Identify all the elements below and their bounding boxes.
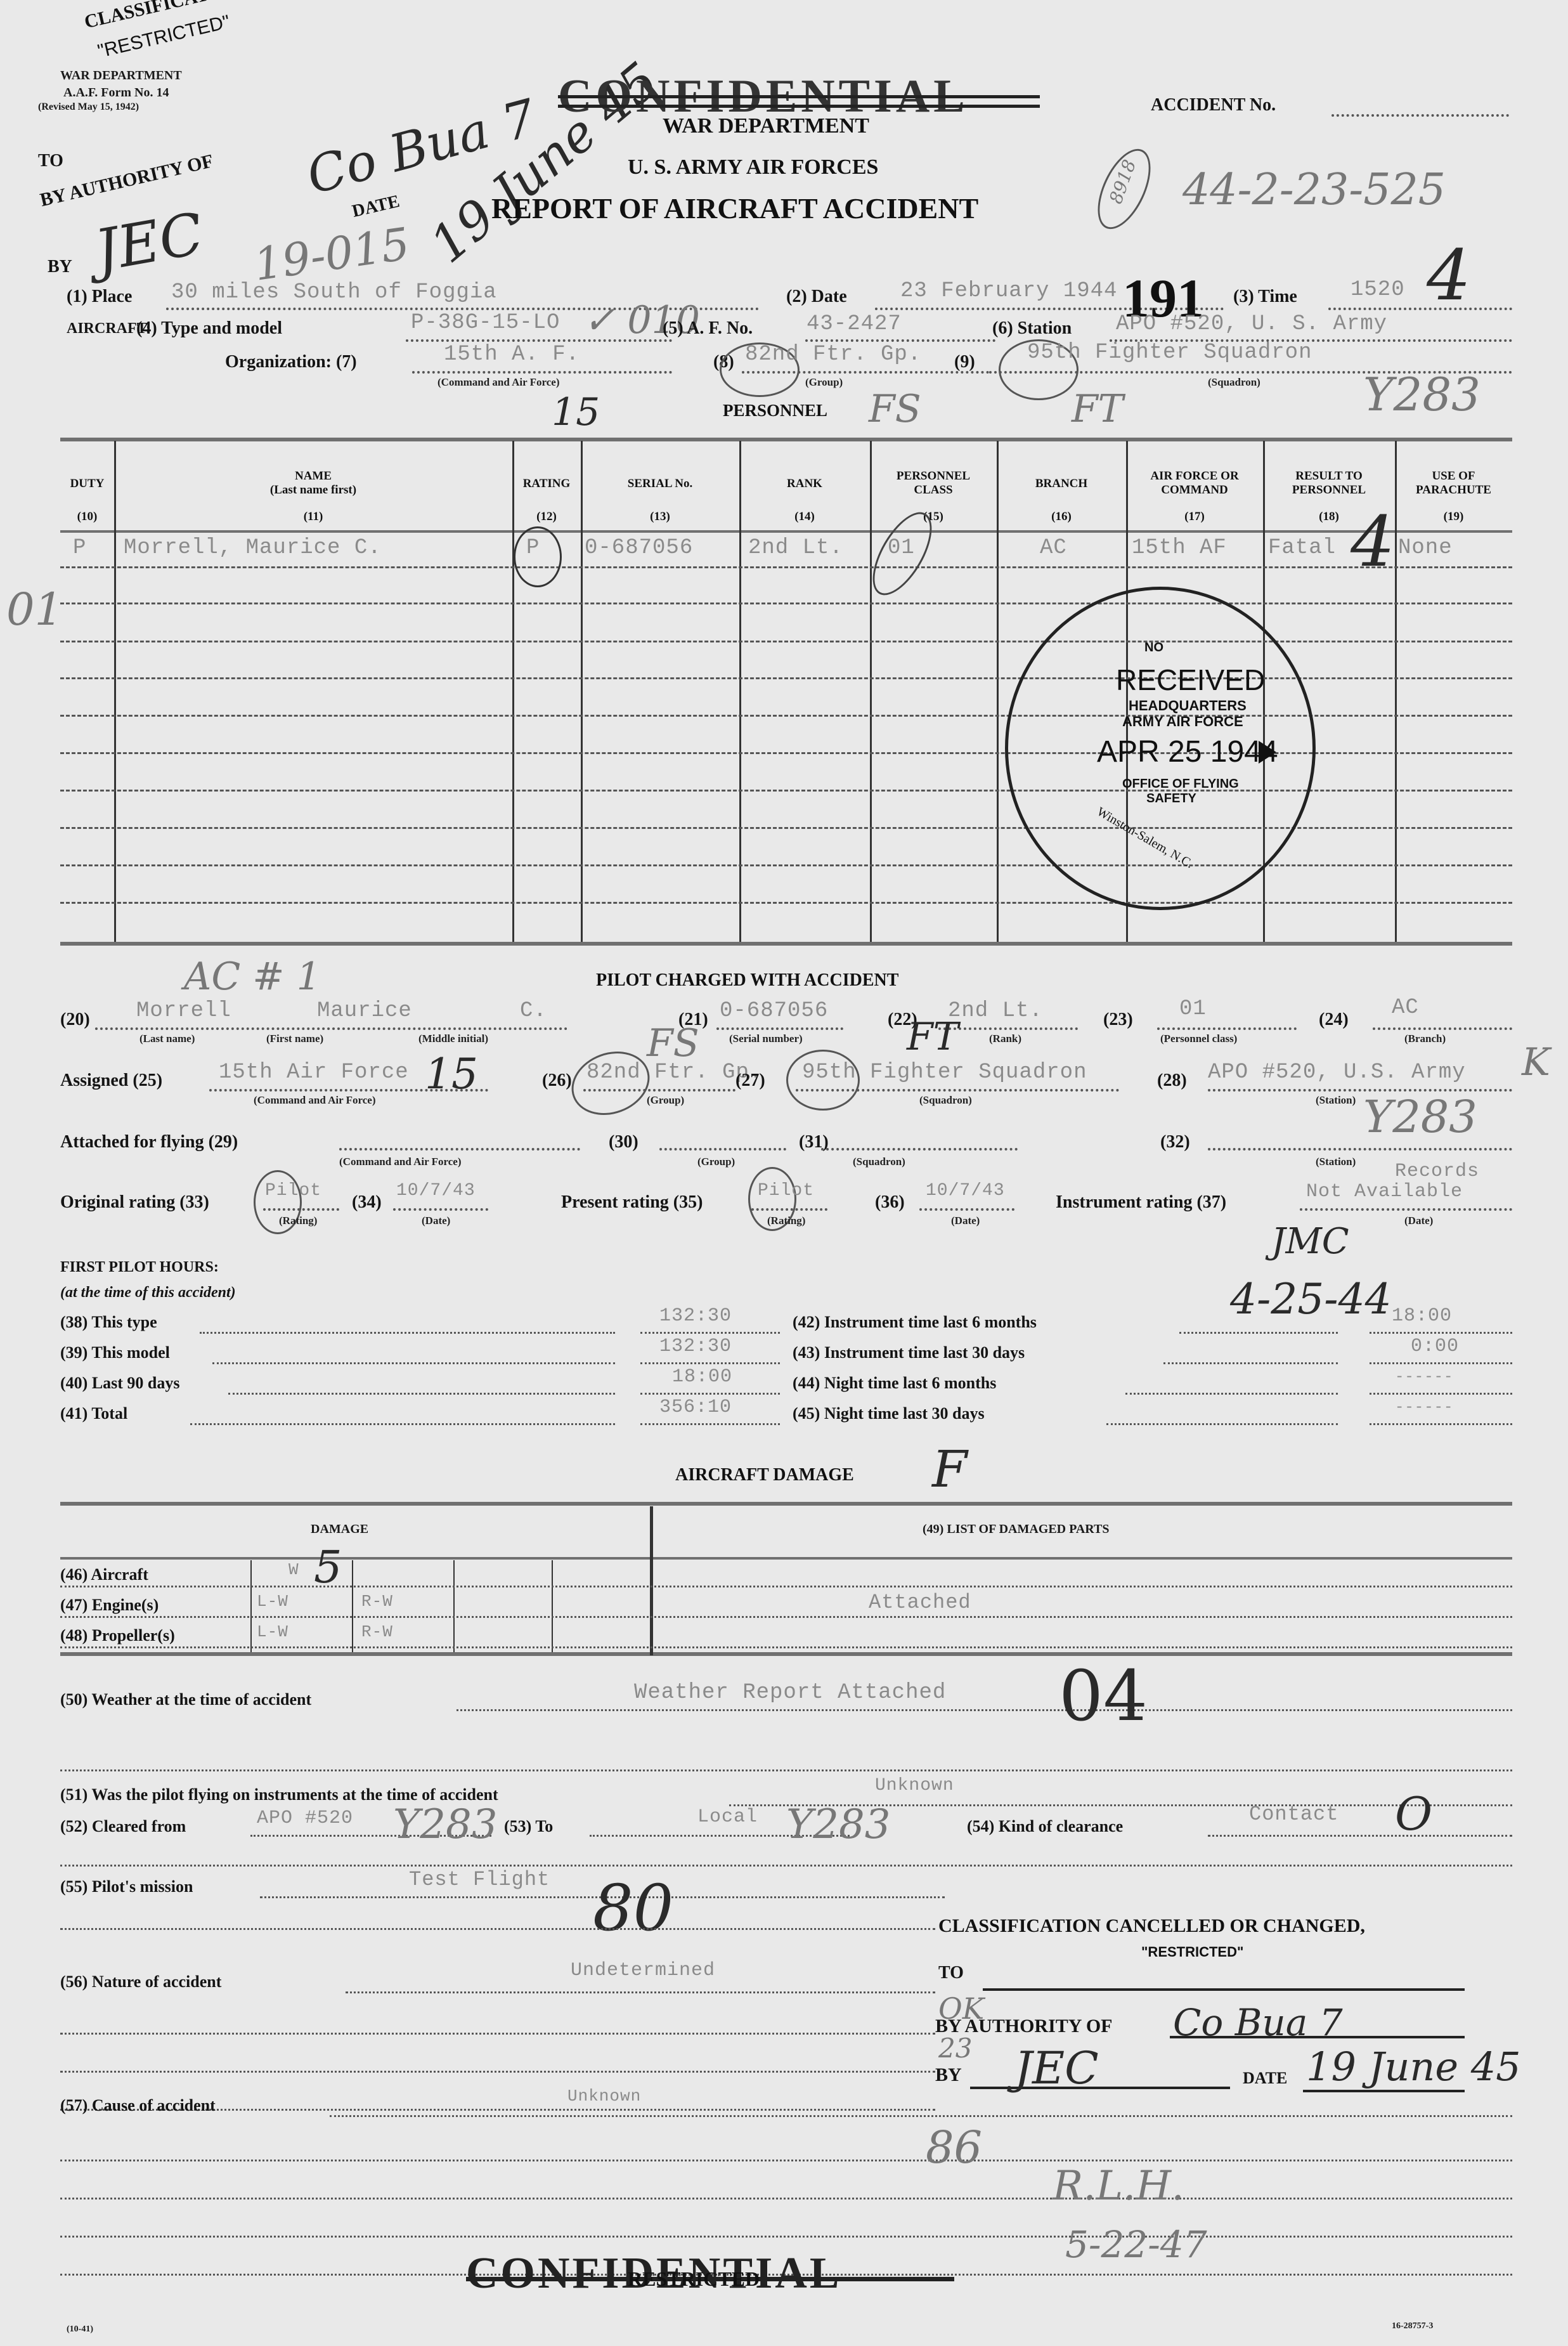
f23-label: (23) <box>1103 1010 1133 1030</box>
mission-label: (55) Pilot's mission <box>60 1877 193 1896</box>
cell-rating: P <box>526 536 540 560</box>
damage-bottom-rule <box>60 1652 1512 1656</box>
damage-header-rule <box>60 1557 1512 1560</box>
col-num: (13) <box>581 510 739 524</box>
instrument-rating-field[interactable] <box>1300 1208 1512 1211</box>
sub-instrument-date: (Date) <box>1404 1215 1433 1227</box>
hours-value: 132:30 <box>659 1336 732 1357</box>
strike-line <box>558 105 1040 108</box>
damage-col-divider <box>552 1560 553 1652</box>
pilot-hand-note: AC # 1 <box>184 955 321 999</box>
pilot-branch: AC <box>1392 996 1419 1020</box>
stamp-hq: HEADQUARTERS <box>1129 698 1247 714</box>
col-label: USE OF PARACHUTE <box>1395 469 1512 497</box>
pilot-rank: 2nd Lt. <box>948 999 1043 1023</box>
place-label: (1) Place <box>67 287 132 307</box>
cell-parachute: None <box>1398 536 1453 560</box>
col-header-name: NAME (Last name first)(11) <box>114 469 512 524</box>
station-label: (6) Station <box>992 318 1072 339</box>
org-group-sublabel: (Group) <box>805 376 843 389</box>
cleared-from-value: APO #520 <box>257 1808 353 1829</box>
bottom-stamp-to-label: TO <box>938 1963 964 1983</box>
clearance-field[interactable] <box>1208 1835 1512 1837</box>
personnel-bottom-rule <box>60 942 1512 946</box>
clearance-label: (54) Kind of clearance <box>967 1817 1123 1836</box>
col-header-branch: BRANCH(16) <box>997 477 1126 524</box>
f34-label: (34) <box>352 1192 382 1213</box>
type-label: (4) Type and model <box>136 318 282 339</box>
attached-squadron-field[interactable] <box>821 1148 1018 1150</box>
cleared-line-2 <box>60 1865 1512 1867</box>
assigned-hand-fs: FS <box>647 1021 699 1065</box>
cell-class: 01 <box>888 536 915 560</box>
hours-leader <box>190 1423 615 1425</box>
instrument-rating-label: Instrument rating (37) <box>1056 1192 1226 1213</box>
f28-label: (28) <box>1157 1071 1187 1091</box>
nature-label: (56) Nature of accident <box>60 1972 221 1991</box>
sub-rank: (Rank) <box>989 1033 1021 1045</box>
sub-last-name: (Last name) <box>139 1033 195 1045</box>
nature-field[interactable] <box>346 1991 935 1993</box>
orig-rating-label: Original rating (33) <box>60 1192 209 1213</box>
time-value: 1520 <box>1351 278 1405 302</box>
form-dept: WAR DEPARTMENT <box>60 68 182 83</box>
damage-col-divider <box>250 1560 252 1652</box>
form-revised: (Revised May 15, 1942) <box>38 101 139 113</box>
present-rating-value: Pilot <box>758 1181 814 1201</box>
dept-line-2: U. S. ARMY AIR FORCES <box>628 155 878 179</box>
station-value: APO #520, U. S. Army <box>1116 312 1387 336</box>
damage-hand-f: F <box>932 1440 968 1499</box>
instrument-rating-value: Not Available <box>1306 1181 1463 1202</box>
damage-col-divider <box>453 1560 455 1652</box>
assigned-label: Assigned (25) <box>60 1071 162 1091</box>
org-squadron-label: (9) <box>954 352 975 372</box>
pilot-middle-initial: C. <box>520 999 547 1023</box>
assigned-command: 15th Air Force <box>219 1060 409 1085</box>
assigned-hand-k: K <box>1522 1040 1550 1085</box>
damaged-parts-header: (49) LIST OF DAMAGED PARTS <box>923 1522 1110 1537</box>
bottom-stamp-by-line <box>970 2087 1230 2089</box>
hours-label: (42) Instrument time last 6 months <box>793 1313 1037 1332</box>
col-num: (15) <box>870 510 997 524</box>
present-rating-label: Present rating (35) <box>561 1192 703 1213</box>
footer-right-code: 16-28757-3 <box>1392 2321 1433 2331</box>
handwritten-4: 4 <box>1427 235 1471 316</box>
place-value: 30 miles South of Foggia <box>171 280 497 304</box>
margin-note: 01 <box>6 583 63 635</box>
type-value: P-38G-15-LO <box>411 311 560 335</box>
to-label: (53) To <box>504 1817 553 1836</box>
bottom-stamp-to-line <box>983 1988 1465 1991</box>
hand-ft: FT <box>1072 387 1124 431</box>
col-num: (16) <box>997 510 1126 524</box>
f32-label: (32) <box>1160 1132 1190 1152</box>
hours-value: 18:00 <box>1392 1305 1452 1327</box>
col-header-class: PERSONNEL CLASS(15) <box>870 469 997 524</box>
org-group-value: 82nd Ftr. Gp. <box>745 342 921 367</box>
attached-hand-y283: Y283 <box>1363 1091 1477 1143</box>
hours-value: 356:10 <box>659 1397 732 1418</box>
table-row-line <box>60 864 1512 866</box>
table-row-line <box>60 603 1512 604</box>
hours-field[interactable] <box>640 1362 780 1364</box>
hours-label: (41) Total <box>60 1404 127 1423</box>
sub-orig-rating: (Rating) <box>279 1215 317 1227</box>
cause-label: (57) Cause of accident <box>60 2096 216 2115</box>
damage-engine-right[interactable]: R-W <box>361 1592 393 1611</box>
pilot-section-title: PILOT CHARGED WITH ACCIDENT <box>596 970 898 991</box>
org-command-sublabel: (Command and Air Force) <box>437 376 560 389</box>
hours-field[interactable] <box>1370 1332 1512 1334</box>
bottom-hand-86: 86 <box>926 2121 982 2173</box>
sub-middle-initial: (Middle initial) <box>418 1033 488 1045</box>
sub-attached-group: (Group) <box>697 1156 735 1168</box>
date-value: 23 February 1944 <box>900 279 1117 303</box>
stamp-no-label: NO <box>1144 641 1163 655</box>
hours-subtitle: (at the time of this accident) <box>60 1284 236 1301</box>
stamp-date: APR 25 1944 <box>1097 734 1278 769</box>
damage-row-line <box>60 1586 1512 1587</box>
damage-row-label: (46) Aircraft <box>60 1565 148 1584</box>
accident-no-label: ACCIDENT No. <box>1151 95 1276 115</box>
cause-line-4 <box>60 2236 1512 2238</box>
damage-header: DAMAGE <box>311 1522 368 1537</box>
f30-label: (30) <box>609 1132 638 1152</box>
present-date-field[interactable] <box>919 1208 1014 1211</box>
weather-field[interactable] <box>457 1709 1512 1711</box>
personnel-title: PERSONNEL <box>723 401 827 420</box>
col-num: (17) <box>1126 510 1263 524</box>
damage-row-line <box>60 1616 1512 1618</box>
hours-leader <box>212 1362 615 1364</box>
hours-leader <box>1163 1362 1338 1364</box>
footer-overstamp: RESTRICTED <box>628 2267 760 2291</box>
hand-result-mark: 4 <box>1351 501 1395 582</box>
damage-hand-5: 5 <box>314 1541 342 1593</box>
attached-station-field[interactable] <box>1208 1148 1512 1150</box>
sub-serial: (Serial number) <box>729 1033 803 1045</box>
cleared-from-label: (52) Cleared from <box>60 1817 186 1836</box>
weather-value: Weather Report Attached <box>634 1681 946 1705</box>
instruments-value: Unknown <box>875 1776 954 1795</box>
col-label: SERIAL No. <box>581 477 739 491</box>
accident-no-field[interactable] <box>1332 114 1509 117</box>
mission-hand-80: 80 <box>593 1871 673 1945</box>
col-header-rating: RATING(12) <box>512 477 581 524</box>
cause-line-2 <box>60 2160 1512 2161</box>
weather-hand-04: 04 <box>1059 1655 1148 1737</box>
stamp-received: RECEIVED <box>1116 663 1265 697</box>
bottom-stamp-restricted: "RESTRICTED" <box>1141 1944 1243 1960</box>
ae-no-value: 43-2427 <box>807 312 902 336</box>
mission-value: Test Flight <box>409 1868 550 1891</box>
attached-group-field[interactable] <box>659 1148 786 1150</box>
col-header-parachute: USE OF PARACHUTE(19) <box>1395 469 1512 524</box>
hours-field[interactable] <box>640 1332 780 1334</box>
pilot-serial: 0-687056 <box>720 999 828 1023</box>
organization-label: Organization: (7) <box>225 352 357 372</box>
handwritten-accident-id: 44-2-23-525 <box>1182 165 1446 215</box>
orig-date-field[interactable] <box>393 1208 488 1211</box>
hours-label: (39) This model <box>60 1343 170 1362</box>
assigned-hand-ft: FT <box>907 1015 959 1059</box>
hours-field[interactable] <box>640 1423 780 1425</box>
nature-line-3 <box>60 2071 935 2073</box>
sub-present-date: (Date) <box>951 1215 980 1227</box>
table-row-line <box>60 566 1512 568</box>
pilot-rank-field[interactable] <box>938 1027 1078 1030</box>
damaged-parts-value[interactable]: Attached <box>869 1591 971 1614</box>
sub-attached-command: (Command and Air Force) <box>339 1156 462 1168</box>
orig-date-value: 10/7/43 <box>396 1181 476 1201</box>
stamp-location: Winston-Salem, N.C. <box>1094 805 1196 872</box>
personnel-header-rule <box>60 530 1512 533</box>
hours-leader <box>228 1393 615 1395</box>
stamp-office: OFFICE OF FLYING <box>1122 777 1239 792</box>
hours-value: 0:00 <box>1411 1336 1459 1357</box>
weather-label: (50) Weather at the time of accident <box>60 1690 311 1709</box>
hours-leader <box>1125 1393 1338 1395</box>
cause-value: Unknown <box>567 2087 641 2106</box>
col-header-command: AIR FORCE OR COMMAND(17) <box>1126 469 1263 524</box>
bottom-hand-initials: R.L.H. <box>1053 2163 1184 2210</box>
present-date-value: 10/7/43 <box>926 1181 1005 1201</box>
cause-field[interactable] <box>330 2115 1512 2117</box>
strike-line <box>558 95 1040 98</box>
cell-name: Morrell, Maurice C. <box>124 536 382 560</box>
f20-label: (20) <box>60 1010 90 1030</box>
col-label: PERSONNEL CLASS <box>870 469 997 497</box>
col-label: NAME (Last name first) <box>114 469 512 497</box>
cancel-to-label: TO <box>38 151 63 171</box>
footer-left-code: (10-41) <box>67 2324 93 2335</box>
attached-command-field[interactable] <box>339 1148 580 1150</box>
instrument-records: Records <box>1395 1161 1479 1182</box>
stamp-aaf: ARMY AIR FORCE <box>1122 714 1243 730</box>
col-num: (19) <box>1395 510 1512 524</box>
time-label: (3) Time <box>1233 287 1297 307</box>
sub-present-rating: (Rating) <box>767 1215 805 1227</box>
hours-hand-date: 4-25-44 <box>1230 1275 1392 1324</box>
pilot-last-name: Morrell <box>136 999 231 1023</box>
hours-leader <box>1106 1423 1338 1425</box>
stamp-arrow-icon <box>1259 741 1276 764</box>
pilot-branch-field[interactable] <box>1373 1027 1512 1030</box>
clearance-hand-0: O <box>1395 1787 1432 1841</box>
hours-field[interactable] <box>1370 1393 1512 1395</box>
hours-value: ------ <box>1395 1369 1453 1386</box>
cell-serial: 0-687056 <box>585 536 693 560</box>
sub-group: (Group) <box>647 1094 684 1107</box>
hand-y283: Y283 <box>1363 368 1481 421</box>
clearance-value: Contact <box>1249 1802 1338 1826</box>
damage-prop-right[interactable]: R-W <box>361 1622 393 1641</box>
f27-label: (27) <box>735 1071 765 1091</box>
cell-branch: AC <box>1040 536 1067 560</box>
col-label: BRANCH <box>997 477 1126 491</box>
f24-label: (24) <box>1319 1010 1349 1030</box>
dept-line-1: WAR DEPARTMENT <box>663 114 869 138</box>
bottom-hand-date: 5-22-47 <box>1065 2223 1207 2266</box>
hours-value: 18:00 <box>672 1366 732 1388</box>
sub-command: (Command and Air Force) <box>254 1094 376 1107</box>
bottom-stamp-authority-line <box>1170 2036 1465 2038</box>
org-squadron-value: 95th Fighter Squadron <box>1027 341 1312 365</box>
col-label: RANK <box>739 477 870 491</box>
hours-label: (40) Last 90 days <box>60 1374 180 1393</box>
col-num: (14) <box>739 510 870 524</box>
f26-label: (26) <box>542 1071 572 1091</box>
damage-top-rule <box>60 1502 1512 1506</box>
personnel-top-rule <box>60 438 1512 441</box>
bottom-hand-23: 23 <box>938 2033 972 2064</box>
sub-squadron: (Squadron) <box>919 1094 972 1107</box>
col-label: AIR FORCE OR COMMAND <box>1126 469 1263 497</box>
cancel-date-label: DATE <box>350 192 401 222</box>
hand-fs: FS <box>869 387 921 431</box>
col-num: (10) <box>60 510 114 524</box>
stamp-safety: SAFETY <box>1146 792 1196 806</box>
nature-value: Undetermined <box>571 1960 715 1981</box>
damage-row-label: (47) Engine(s) <box>60 1596 159 1615</box>
col-label: RATING <box>512 477 581 491</box>
time-field[interactable] <box>1328 308 1512 310</box>
mission-line-2 <box>60 1928 935 1930</box>
hours-title: FIRST PILOT HOURS: <box>60 1259 219 1276</box>
hours-field[interactable] <box>640 1393 780 1395</box>
damage-col-divider <box>352 1560 353 1652</box>
col-label: RESULT TO PERSONNEL <box>1263 469 1395 497</box>
damage-prop-left[interactable]: L-W <box>257 1622 288 1641</box>
hours-label: (43) Instrument time last 30 days <box>793 1343 1025 1362</box>
pilot-first-name: Maurice <box>317 999 412 1023</box>
org-command-field[interactable] <box>412 371 672 374</box>
hours-field[interactable] <box>1370 1362 1512 1364</box>
ae-no-field[interactable] <box>805 339 995 342</box>
sub-orig-date: (Date) <box>422 1215 450 1227</box>
hand-15: 15 <box>552 390 600 434</box>
sub-first-name: (First name) <box>266 1033 323 1045</box>
to-hand: Y283 <box>786 1801 890 1848</box>
to-value: Local <box>697 1806 758 1828</box>
table-row-line <box>60 641 1512 642</box>
assigned-squadron: 95th Fighter Squadron <box>802 1060 1087 1085</box>
sub-branch: (Branch) <box>1404 1033 1446 1045</box>
cancel-stamp-title: CLASSIFICATION CANCELLED OR CHANGED <box>82 0 498 33</box>
bottom-stamp-by-sig: JEC <box>1014 2042 1099 2094</box>
sub-station: (Station) <box>1316 1094 1356 1107</box>
hours-label: (45) Night time last 30 days <box>793 1404 985 1423</box>
hours-field[interactable] <box>1370 1423 1512 1425</box>
assigned-station: APO #520, U.S. Army <box>1208 1060 1466 1085</box>
damage-section-title: AIRCRAFT DAMAGE <box>675 1465 854 1485</box>
col-label: DUTY <box>60 477 114 491</box>
ae-no-label: (5) A. F. No. <box>663 318 753 339</box>
hours-label: (38) This type <box>60 1313 157 1332</box>
form-number: A.A.F. Form No. 14 <box>63 86 169 100</box>
col-header-rank: RANK(14) <box>739 477 870 524</box>
table-row-line <box>60 902 1512 904</box>
cause-line-3 <box>60 2198 1512 2199</box>
cell-duty: P <box>73 536 86 560</box>
damage-engine-left[interactable]: L-W <box>257 1592 288 1611</box>
report-title: REPORT OF AIRCRAFT ACCIDENT <box>491 192 978 225</box>
sub-attached-squadron: (Squadron) <box>853 1156 905 1168</box>
hours-label: (44) Night time last 6 months <box>793 1374 996 1393</box>
received-stamp: NO RECEIVED HEADQUARTERS ARMY AIR FORCE … <box>1005 587 1316 910</box>
pilot-class: 01 <box>1179 997 1207 1021</box>
assigned-hand-15: 15 <box>425 1050 478 1098</box>
bottom-stamp-date-label: DATE <box>1243 2069 1287 2088</box>
pilot-class-field[interactable] <box>1157 1027 1297 1030</box>
sub-attached-station: (Station) <box>1316 1156 1356 1168</box>
col-num: (12) <box>512 510 581 524</box>
damage-row-line <box>60 1646 1512 1648</box>
cell-command: 15th AF <box>1132 536 1227 560</box>
damage-divider <box>650 1506 653 1655</box>
pilot-serial-field[interactable] <box>716 1027 843 1030</box>
cancel-by-label: BY <box>48 257 72 277</box>
cleared-from-hand: Y283 <box>393 1801 497 1848</box>
attached-label: Attached for flying (29) <box>60 1132 238 1152</box>
cell-result: Fatal <box>1268 536 1336 560</box>
col-header-serial: SERIAL No.(13) <box>581 477 739 524</box>
f36-label: (36) <box>875 1192 905 1213</box>
orig-rating-value: Pilot <box>265 1181 321 1201</box>
weather-line-2 <box>60 1769 1512 1771</box>
hours-leader <box>200 1332 615 1334</box>
damage-aircraft-value[interactable]: W <box>288 1560 299 1579</box>
bottom-stamp-title: CLASSIFICATION CANCELLED OR CHANGED, <box>938 1915 1365 1937</box>
cell-rank: 2nd Lt. <box>748 536 843 560</box>
sub-class: (Personnel class) <box>1160 1033 1237 1045</box>
hours-value: ------ <box>1395 1399 1453 1416</box>
org-squadron-sublabel: (Squadron) <box>1208 376 1260 389</box>
col-num: (11) <box>114 510 512 524</box>
pilot-name-field[interactable] <box>95 1027 567 1030</box>
date-label: (2) Date <box>786 287 847 307</box>
pilot-hand-initials: JMC <box>1271 1221 1349 1262</box>
bottom-stamp-date-value: 19 June 45 <box>1306 2043 1521 2090</box>
hours-value: 132:30 <box>659 1305 732 1327</box>
org-command-value: 15th A. F. <box>444 342 580 367</box>
bottom-stamp-by-label: BY <box>935 2064 962 2086</box>
hours-leader <box>1179 1332 1338 1334</box>
nature-line-2 <box>60 2033 935 2035</box>
damage-row-label: (48) Propeller(s) <box>60 1626 175 1645</box>
col-header-duty: DUTY(10) <box>60 477 114 524</box>
bottom-stamp-date-line <box>1303 2090 1465 2092</box>
